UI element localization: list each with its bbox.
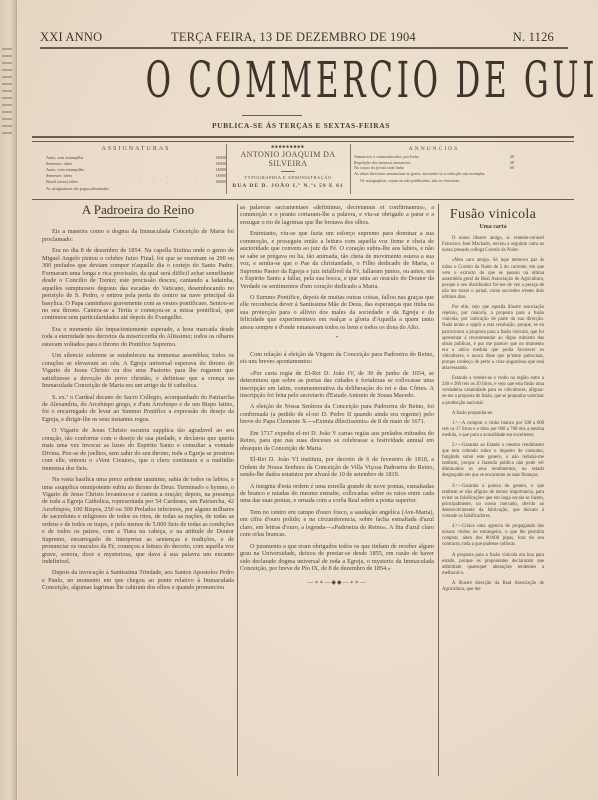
editor-name: ANTONIO JOAQUIM DA SILVEIRA xyxy=(230,150,346,168)
year-label: XXI ANNO xyxy=(40,30,102,45)
issue-number: N. 1126 xyxy=(513,30,554,45)
article-paragraph: El-Rei D. João VI instituiu, por decreto… xyxy=(240,456,434,478)
article-paragraph: Depois da invocação á Santissima Trindad… xyxy=(42,569,234,591)
article-paragraph: O Vigario de Jesus Christo escutou suppl… xyxy=(42,427,234,472)
article-paragraph: Eis a maneira como o dogma da Immaculada… xyxy=(42,228,234,243)
article-fusao-vinicola: Fusão vinicola Uma carta O nosso illustr… xyxy=(442,204,544,597)
article-paragraph: O nosso illustre amigo, sr. tenente-coro… xyxy=(442,236,544,254)
info-row: ASSIGNATURAS Anno, sem estampilha. . . .… xyxy=(32,142,574,198)
masthead-rule xyxy=(242,115,302,116)
article-paragraph: S. ex.ª o Cardeal decano do Sacro Colleg… xyxy=(42,394,234,424)
article-paragraph: Era o momento tão impacientemente espera… xyxy=(42,326,234,348)
article-paragraph: 4.º—Criava uma agencia de propaganda dos… xyxy=(442,524,544,548)
advertising-heading: ANNUNCIOS xyxy=(354,146,514,152)
advertising-box: ANNUNCIOS Annuncios e communicados, por … xyxy=(354,146,514,183)
newspaper-page: XXI ANNO TERÇA FEIRA, 13 DE DEZEMBRO DE … xyxy=(18,0,598,800)
column-divider xyxy=(438,204,439,776)
column-divider xyxy=(237,204,238,776)
article-subtitle: Uma carta xyxy=(442,224,544,230)
publication-frequency: PUBLICA-SE ÁS TERÇAS E SEXTAS-FEIRAS xyxy=(18,121,584,130)
article-paragraph: Era no dia 8 de dezembro de 1854. Na cap… xyxy=(42,247,234,322)
dateline: XXI ANNO TERÇA FEIRA, 13 DE DEZEMBRO DE … xyxy=(28,30,584,46)
article-paragraph: A fusão propunha-se: xyxy=(442,411,544,417)
typography-label: TYPOGRAPHIA E ADMINISTRAÇÃO xyxy=(230,175,346,180)
info-divider xyxy=(350,144,351,194)
advertising-note: As obras litterarias annunciam-se gratis… xyxy=(354,171,514,176)
article-paragraph: as palavras sacramentaes «definimus, dec… xyxy=(240,204,434,226)
editor-rule xyxy=(281,171,295,172)
article-paragraph: Por elle, vejo que aquella illustre asso… xyxy=(442,305,544,372)
article-paragraph: Tem no centro em campo d'ouro fosco, a s… xyxy=(240,509,434,539)
advertising-note: Os autographos, sejam ou não publicados,… xyxy=(354,178,514,183)
headline-rule xyxy=(98,217,178,218)
article-paragraph: A illustre direcção da Real Associação d… xyxy=(442,581,544,593)
masthead-title: O COMMERCIO DE GUIMARÃES xyxy=(146,52,465,108)
article-paragraph: «Meu caro amigo. Só hoje mereceu paz ás … xyxy=(442,258,544,301)
article-paragraph: Em 1717 expediu el-rei D. João V cartas … xyxy=(240,430,434,452)
issue-date: TERÇA FEIRA, 13 DE DEZEMBRO DE 1904 xyxy=(171,30,416,45)
subscriptions-heading: ASSIGNATURAS xyxy=(46,146,226,152)
binding-ornament xyxy=(2,48,12,138)
info-bottom-rule xyxy=(32,199,574,200)
subscriptions-note: As assignaturas são pagas adeantadas xyxy=(46,186,226,191)
article-paragraph: Com relação á eleição da Virgem da Conce… xyxy=(240,351,434,366)
article-paragraph: 1.º—A comprar o vinho branco por 500 a 6… xyxy=(442,421,544,439)
closing-ornament: —∗∗—◆◆—∗∗— xyxy=(240,580,434,587)
article-headline: A Padroeira do Reino xyxy=(42,206,234,213)
article-paragraph: «Por carta regia de El-Rei D. João IV, d… xyxy=(240,370,434,400)
binding-strip xyxy=(0,0,17,800)
article-padroeira-col2: as palavras sacramentaes «definimus, dec… xyxy=(240,204,434,588)
article-paragraph: 3.º—Garantia a pureza do genero, o que t… xyxy=(442,484,544,521)
top-rule xyxy=(40,47,568,49)
article-paragraph: A insignia d'esta ordem é uma estrella g… xyxy=(240,483,434,505)
article-paragraph: Um silencio solemne se estabeleceu na im… xyxy=(42,352,234,389)
article-paragraph: O juramento a que eram obrigados todos o… xyxy=(240,543,434,573)
article-padroeira-col1: A Padroeira do Reino Eis a maneira como … xyxy=(42,204,234,596)
editor-ornament: ■■■■■■■■■ xyxy=(230,144,346,149)
article-paragraph: O Summo Pontifice, depois de muitas outr… xyxy=(240,294,434,331)
editor-address: RUA DE D. JOÃO I.º N.ºs 59 E 61 xyxy=(230,183,346,189)
article-paragraph: A proposta para a fusão vinicola era boa… xyxy=(442,553,544,577)
subscriptions-box: ASSIGNATURAS Anno, sem estampilha. . . .… xyxy=(46,146,226,191)
article-paragraph: Estando a vender-se o vinho na região en… xyxy=(442,376,544,406)
section-separator: • xyxy=(240,335,434,342)
article-paragraph: A eleição de Nossa Senhora da Conceição … xyxy=(240,403,434,425)
article-paragraph: Na vasta basilica uma prece ardente unan… xyxy=(42,476,234,565)
article-paragraph: Entretanto, viu-se que fazia um esforço … xyxy=(240,230,434,290)
article-paragraph: 2.º—Garantia ao Estado o mesmo rendiment… xyxy=(442,443,544,480)
subscription-row: Brazil (anno) idem. . . . . .4$000 xyxy=(46,179,226,185)
editor-box: ■■■■■■■■■ ANTONIO JOAQUIM DA SILVEIRA TY… xyxy=(230,144,346,189)
article-headline: Fusão vinicola xyxy=(442,212,544,218)
info-divider xyxy=(226,144,227,194)
